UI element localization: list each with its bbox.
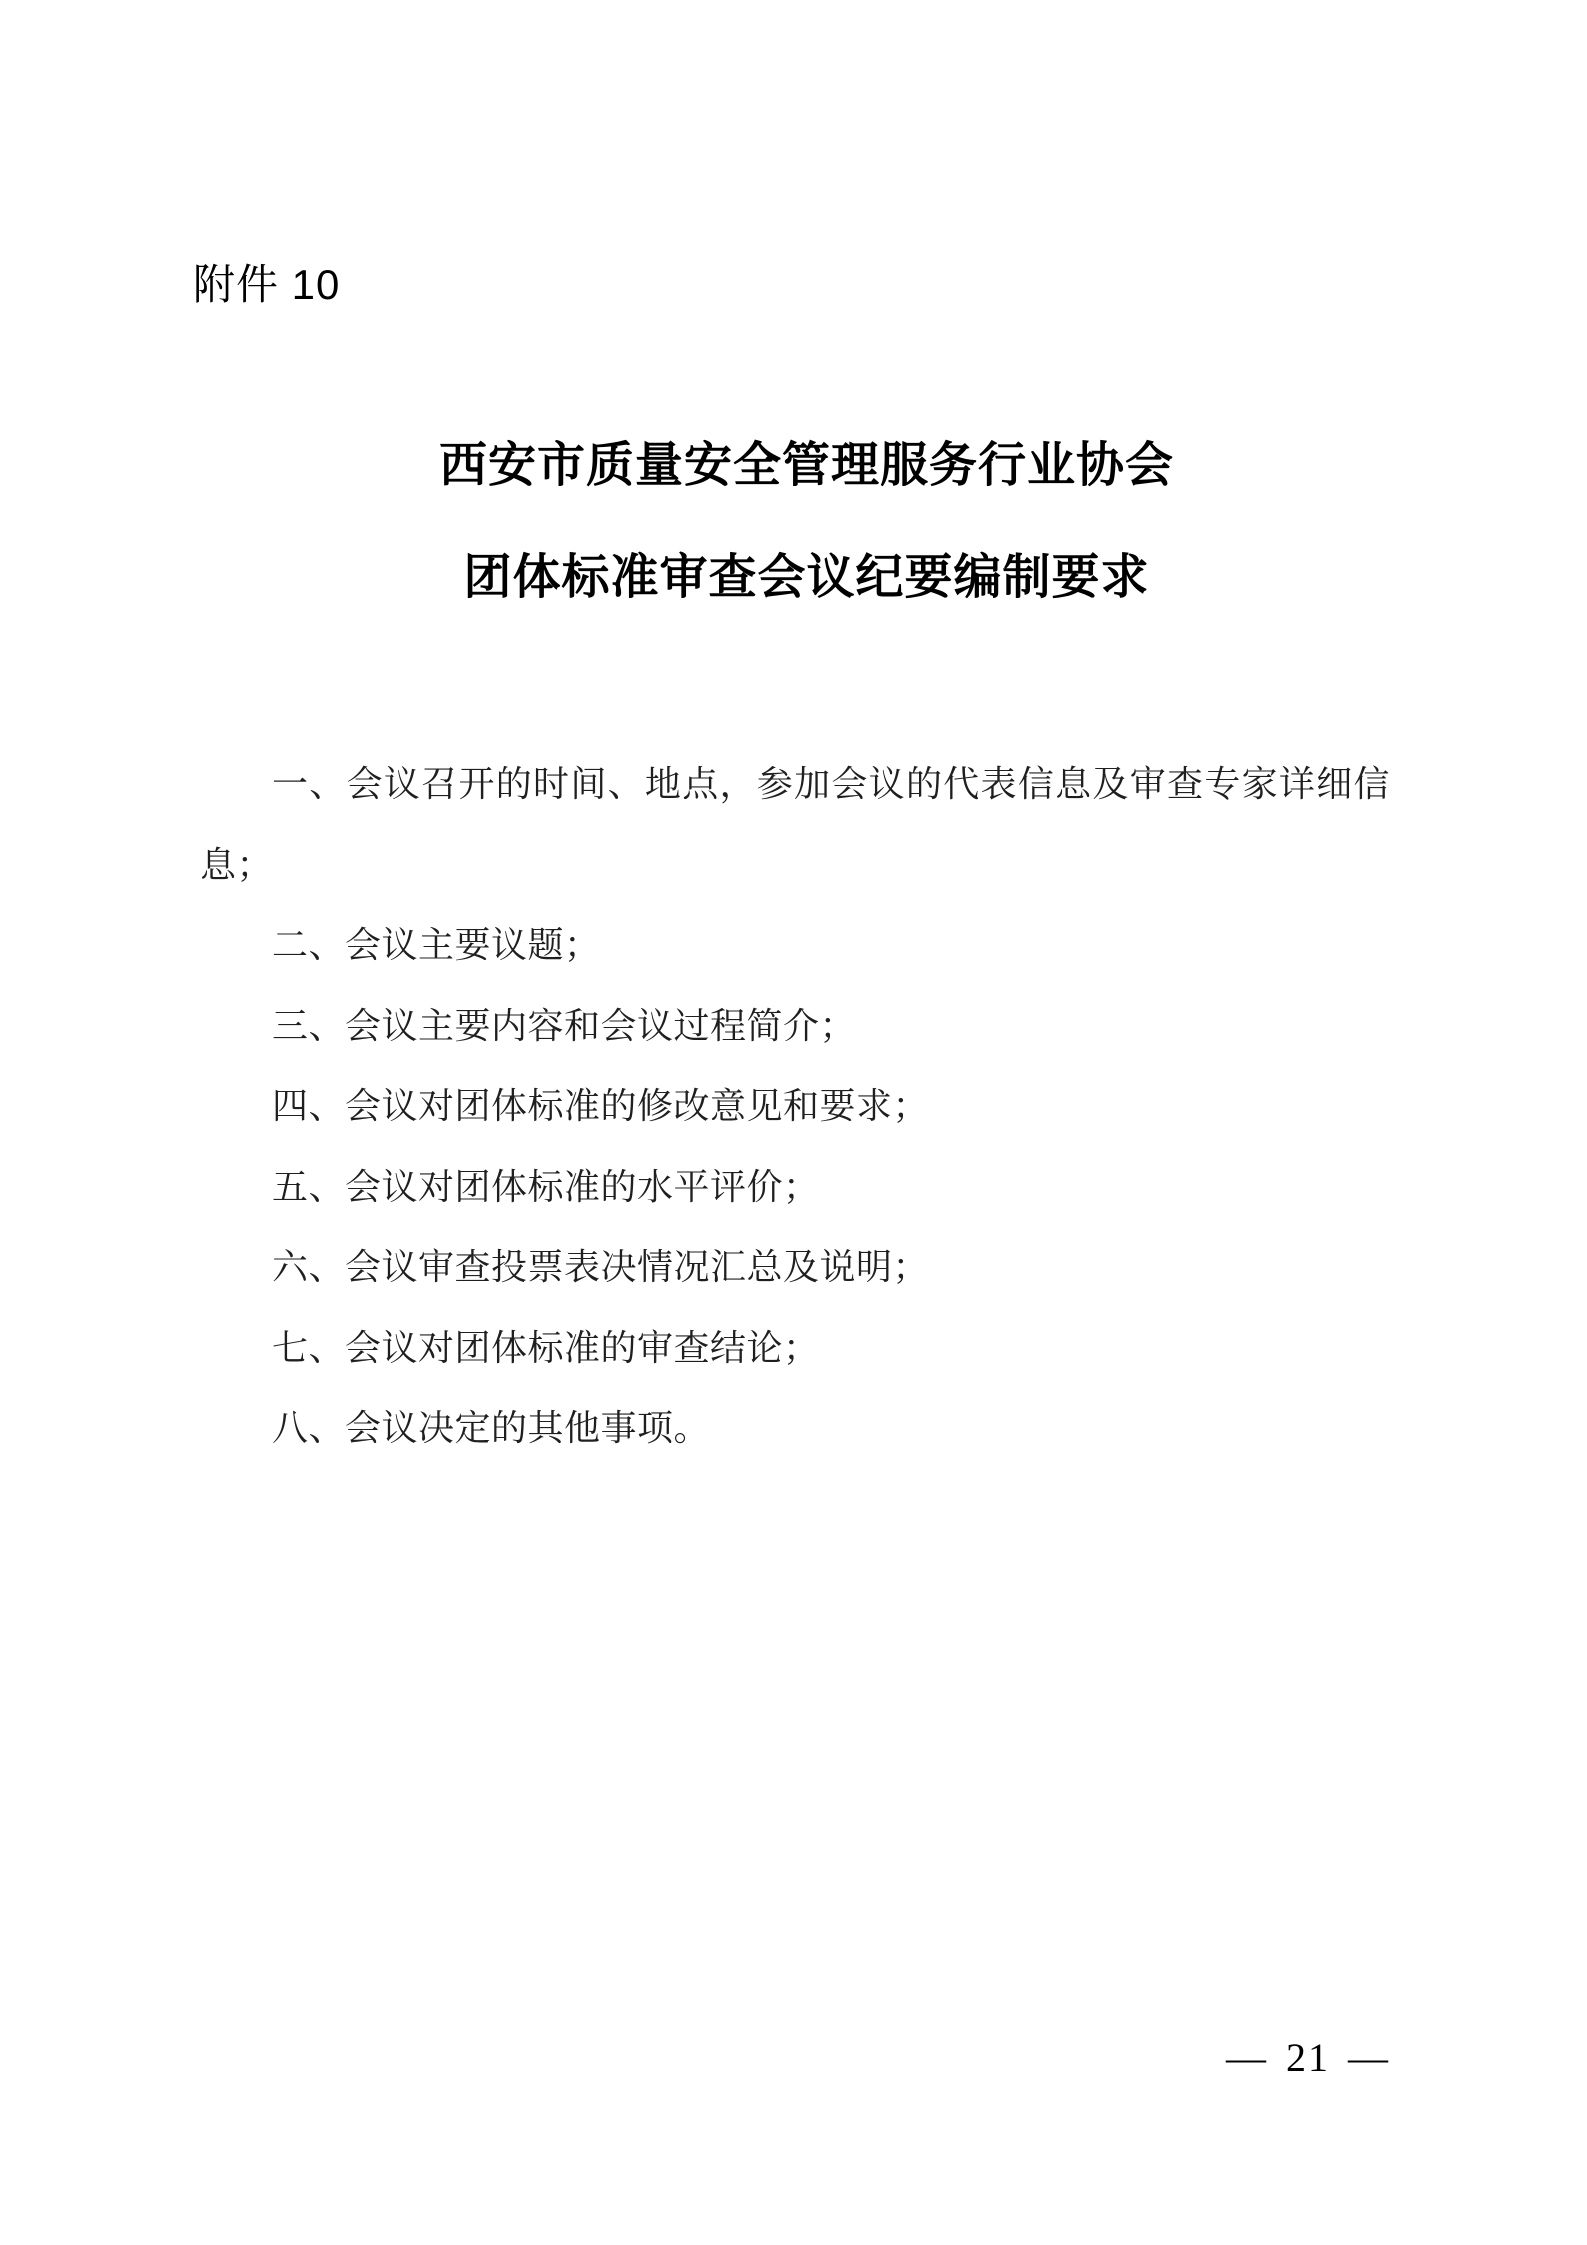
attachment-label: 附件 10	[193, 260, 340, 310]
document-page: 附件 10 西安市质量安全管理服务行业协会 团体标准审查会议纪要编制要求 一、会…	[0, 0, 1587, 2245]
page-number: — 21 —	[1226, 2034, 1390, 2082]
paragraph-line: 息；	[200, 825, 1390, 906]
document-body: 一、会议召开的时间、地点，参加会议的代表信息及审查专家详细信 息； 二、会议主要…	[200, 744, 1390, 1469]
list-item: 三、会议主要内容和会议过程简介；	[200, 986, 1390, 1067]
list-item: 四、会议对团体标准的修改意见和要求；	[200, 1066, 1390, 1147]
list-item: 八、会议决定的其他事项。	[200, 1388, 1390, 1469]
paragraph-line: 一、会议召开的时间、地点，参加会议的代表信息及审查专家详细信	[200, 744, 1390, 825]
list-item: 七、会议对团体标准的审查结论；	[200, 1308, 1390, 1389]
list-item: 六、会议审查投票表决情况汇总及说明；	[200, 1227, 1390, 1308]
document-title-line2: 团体标准审查会议纪要编制要求	[13, 548, 1587, 608]
list-item: 五、会议对团体标准的水平评价；	[200, 1147, 1390, 1228]
list-item: 二、会议主要议题；	[200, 905, 1390, 986]
document-title-line1: 西安市质量安全管理服务行业协会	[13, 436, 1587, 496]
